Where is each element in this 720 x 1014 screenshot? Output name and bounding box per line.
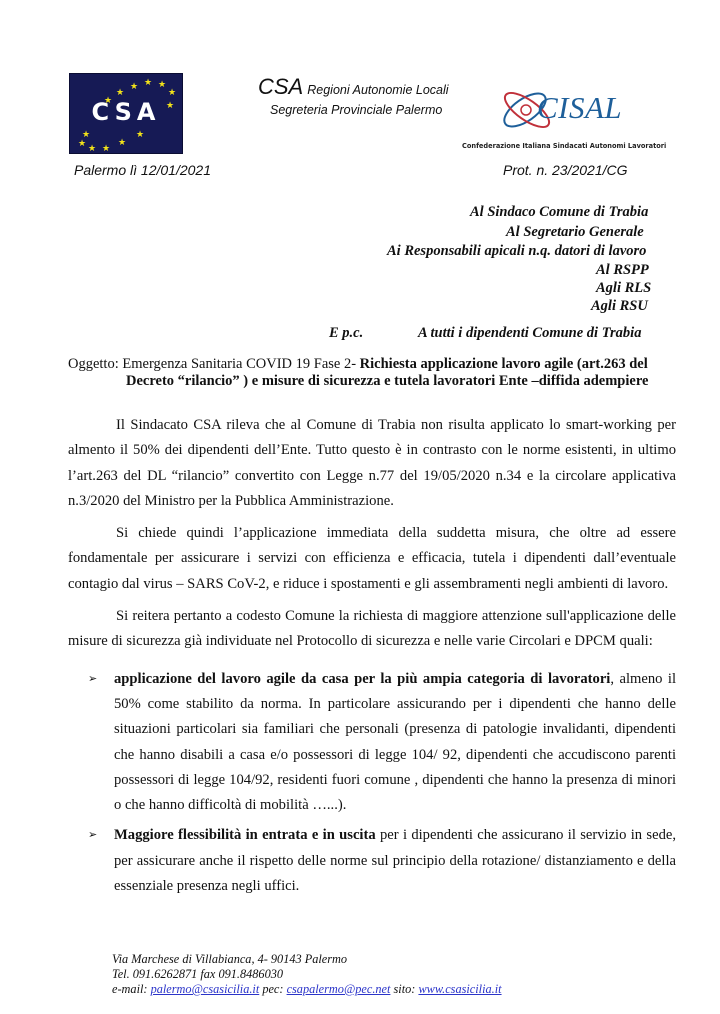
pec-label: pec: [259,982,286,996]
protocol-number: Prot. n. 23/2021/CG [503,162,628,178]
footer: Via Marchese di Villabianca, 4- 90143 Pa… [112,952,502,997]
star-icon: ★ [88,144,96,153]
website-link[interactable]: www.csasicilia.it [418,982,501,996]
footer-contacts: e-mail: palermo@csasicilia.it pec: csapa… [112,982,502,997]
recipient: Ai Responsabili apicali n.q. datori di l… [387,243,646,260]
subject-label: Oggetto: Emergenza Sanitaria COVID 19 Fa… [68,356,356,372]
csa-heading: CSARegioni Autonomie Locali [258,74,449,100]
paragraph: Il Sindacato CSA rileva che al Comune di… [68,413,676,514]
star-icon: ★ [136,130,144,139]
star-icon: ★ [144,78,152,87]
cisal-logo: CISAL [497,80,677,142]
subject: Oggetto: Emergenza Sanitaria COVID 19 Fa… [68,356,668,390]
star-icon: ★ [78,139,86,148]
csa-title: CSA [258,74,303,99]
site-label: sito: [390,982,418,996]
list-item-bold: applicazione del lavoro agile da casa pe… [114,671,610,687]
star-icon: ★ [158,80,166,89]
recipient: Agli RLS [596,280,651,297]
cisal-logo-text: CISAL [537,90,622,126]
email-label: e-mail: [112,982,151,996]
place-date: Palermo lì 12/01/2021 [74,162,211,178]
list-item-text: , almeno il 50% come stabilito da norma.… [114,671,676,813]
star-icon: ★ [102,144,110,153]
subject-title-line2: Decreto “rilancio” ) e misure di sicurez… [126,373,648,389]
paragraph: Si chiede quindi l’applicazione immediat… [68,521,676,597]
letter-body: Il Sindacato CSA rileva che al Comune di… [68,413,676,904]
subject-title-line1: Richiesta applicazione lavoro agile (art… [360,356,648,372]
csa-logo-text: CSA [70,98,182,126]
cc-label: E p.c. [329,325,363,342]
csa-office: Segreteria Provinciale Palermo [270,103,442,117]
recipient: Agli RSU [591,298,648,315]
list-item: ➢ Maggiore flessibilità in entrata e in … [68,823,676,899]
cisal-full-name: Confederazione Italiana Sindacati Autono… [462,142,666,150]
email-link[interactable]: palermo@csasicilia.it [151,982,260,996]
recipient: Al Segretario Generale [506,224,644,241]
star-icon: ★ [118,138,126,147]
paragraph: Si reitera pertanto a codesto Comune la … [68,604,676,655]
footer-phone: Tel. 091.6262871 fax 091.8486030 [112,967,502,982]
star-icon: ★ [116,88,124,97]
recipient: Al Sindaco Comune di Trabia [470,204,648,221]
star-icon: ★ [130,82,138,91]
csa-logo: ★ ★ ★ ★ ★ ★ ★ ★ ★ ★ ★ ★ ★ CSA [69,73,183,154]
footer-address: Via Marchese di Villabianca, 4- 90143 Pa… [112,952,502,967]
arrow-bullet-icon: ➢ [88,667,97,692]
list-item: ➢ applicazione del lavoro agile da casa … [68,667,676,819]
cc-recipient: A tutti i dipendenti Comune di Trabia [418,325,641,342]
pec-link[interactable]: csapalermo@pec.net [287,982,391,996]
csa-subtitle: Regioni Autonomie Locali [307,83,448,97]
arrow-bullet-icon: ➢ [88,823,97,848]
recipient: Al RSPP [596,262,649,279]
star-icon: ★ [168,88,176,97]
measures-list: ➢ applicazione del lavoro agile da casa … [68,667,676,900]
list-item-bold: Maggiore flessibilità in entrata e in us… [114,827,376,843]
